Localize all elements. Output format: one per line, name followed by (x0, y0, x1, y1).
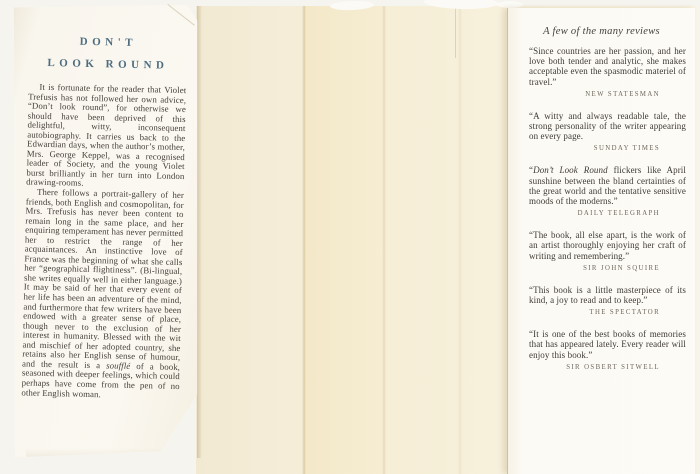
review: “It is one of the best books of memories… (529, 329, 686, 371)
review: “A witty and always readable tale, the s… (529, 111, 686, 153)
scratch-mark (455, 6, 456, 58)
spine-fold-crease (302, 6, 306, 474)
worn-edge-mark (497, 1, 523, 8)
review-source: SIR OSBERT SITWELL (529, 364, 686, 371)
review-quote: “Since countries are her passion, and he… (529, 46, 686, 87)
front-flap-text: DON'T LOOK ROUND It is fortunate for the… (21, 30, 187, 402)
review-source: NEW STATESMAN (529, 91, 686, 98)
dust-jacket-photo: DON'T LOOK ROUND It is fortunate for the… (0, 0, 700, 474)
review-source: DAILY TELEGRAPH (529, 210, 686, 217)
flap-edge-shadow (197, 6, 202, 458)
review-quote: “Don’t Look Round flickers like April su… (529, 165, 686, 206)
fold-crease (382, 6, 386, 474)
review-quote: “This book is a little masterpiece of it… (529, 285, 686, 305)
review-quote: “It is one of the best books of memories… (529, 329, 686, 360)
flap-paragraphs: It is fortunate for the reader that Viol… (21, 83, 186, 402)
flap-bottom-shadow (26, 448, 196, 462)
review: “This book is a little masterpiece of it… (529, 285, 686, 316)
review: “Since countries are her passion, and he… (529, 46, 686, 98)
book-title-line2: LOOK ROUND (29, 52, 187, 78)
book-title: DON'T LOOK ROUND (29, 30, 188, 78)
front-flap: DON'T LOOK ROUND It is fortunate for the… (12, 4, 198, 462)
flap-paragraph: There follows a portrait-gallery of her … (21, 188, 184, 402)
review-quote: “A witty and always readable tale, the s… (529, 111, 686, 142)
reviews-header: A few of the many reviews (518, 26, 685, 37)
faint-crease (458, 6, 462, 474)
review: “Don’t Look Round flickers like April su… (529, 165, 686, 217)
review-source: THE SPECTATOR (529, 309, 686, 316)
spine-shading (304, 6, 384, 474)
review: “The book, all else apart, is the work o… (529, 230, 686, 272)
reviews-list: “Since countries are her passion, and he… (508, 46, 695, 371)
review-source: SUNDAY TIMES (529, 145, 686, 152)
flap-paragraph: It is fortunate for the reader that Viol… (26, 83, 186, 192)
review-source: SIR JOHN SQUIRE (529, 265, 686, 272)
review-quote: “The book, all else apart, is the work o… (529, 230, 686, 261)
back-flap: A few of the many reviews “Since countri… (507, 8, 695, 474)
